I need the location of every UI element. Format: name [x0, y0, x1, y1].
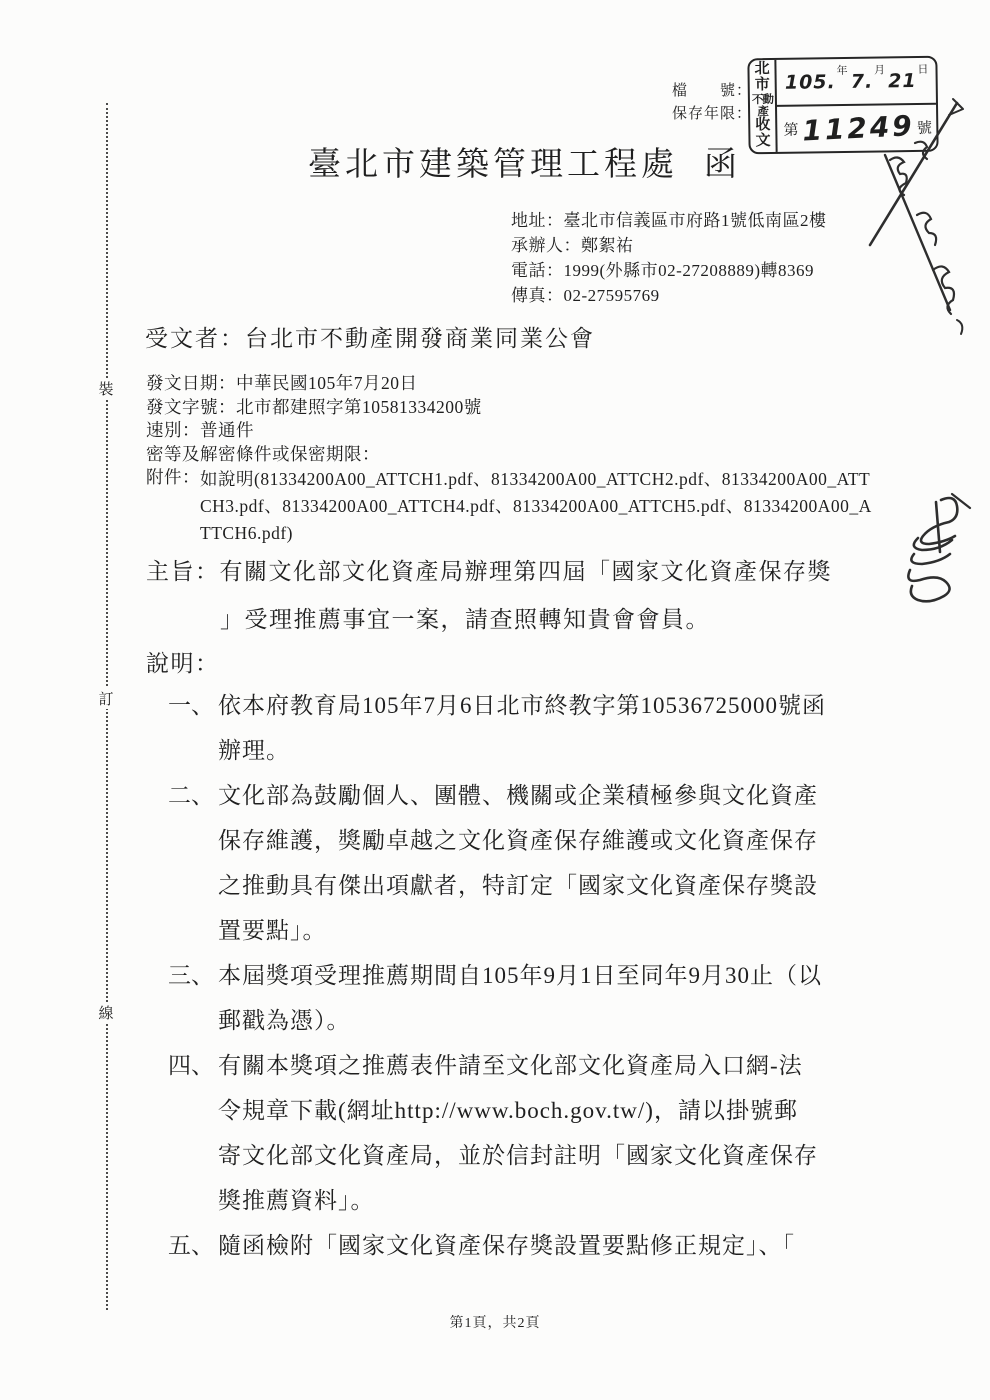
- attachment-line-1: 如說明(81334200A00_ATTCH1.pdf、81334200A00_A…: [200, 466, 872, 493]
- subject-line-2: 」受理推薦事宜一案，請查照轉知貴會會員。: [220, 601, 710, 634]
- doc-type-label: 函: [704, 138, 741, 185]
- stamp-org-column: 北市 不動產 收文: [749, 60, 777, 152]
- document-title: 臺北市建築管理工程處 函: [308, 138, 741, 185]
- security-line: 密等及解密條件或保密期限：: [146, 443, 872, 467]
- page-number-footer: 第1頁，共2頁: [0, 1312, 990, 1332]
- file-number-labels: 檔 號： 保存年限：: [672, 80, 752, 126]
- item-3-line-2: 郵戳為憑）。: [218, 998, 908, 1043]
- item-3: 三、 本屆獎項受理推薦期間自105年9月1日至同年9月30止（以 郵戳為憑）。: [168, 953, 908, 1043]
- item-1-line-1: 依本府教育局105年7月6日北市終教字第10536725000號函: [218, 683, 908, 728]
- item-4-line-2: 令規章下載(網址http://www.boch.gov.tw/)，請以掛號郵: [218, 1088, 908, 1133]
- attachment-row: 附件： 如說明(81334200A00_ATTCH1.pdf、81334200A…: [146, 466, 872, 547]
- item-1: 一、 依本府教育局105年7月6日北市終教字第10536725000號函 辦理。: [168, 683, 908, 773]
- address-line: 地址：臺北市信義區市府路1號低南區2樓: [511, 208, 827, 233]
- recipient-line: 受文者：台北市不動產開發商業同業公會: [145, 320, 595, 353]
- stamp-org-line3: 收文: [750, 118, 776, 150]
- file-no-label: 檔 號：: [672, 80, 752, 103]
- item-5-text: 隨函檢附「國家文化資產保存獎設置要點修正規定」、「: [218, 1223, 908, 1268]
- item-2-line-1: 文化部為鼓勵個人、團體、機關或企業積極參與文化資產: [218, 773, 908, 818]
- binding-mark-zhuang: 裝: [92, 378, 120, 399]
- item-4-line-4: 獎推薦資料」。: [218, 1178, 908, 1223]
- stamp-org-line1: 北市: [749, 62, 775, 94]
- item-4-text: 有關本獎項之推薦表件請至文化部文化資產局入口網-法 令規章下載(網址http:/…: [218, 1043, 908, 1223]
- item-3-line-1: 本屆獎項受理推薦期間自105年9月1日至同年9月30止（以: [218, 953, 908, 998]
- item-4-line-3: 寄文化部文化資產局，並於信封註明「國家文化資產保存: [218, 1133, 908, 1178]
- retention-label: 保存年限：: [672, 103, 752, 126]
- issue-date-line: 發文日期：中華民國105年7月20日: [146, 372, 872, 396]
- explanation-label: 說明：: [146, 645, 220, 678]
- contact-block: 地址：臺北市信義區市府路1號低南區2樓 承辦人：鄭絮祐 電話：1999(外縣市0…: [511, 208, 827, 308]
- stamp-no-prefix: 第: [783, 119, 798, 140]
- phone-line: 電話：1999(外縣市02-27208889)轉8369: [511, 258, 827, 283]
- stamp-org-line2: 不動產: [750, 94, 776, 118]
- stamp-year-value: 105.: [785, 71, 836, 94]
- item-5-number: 五、: [168, 1223, 218, 1268]
- contact-person-line: 承辦人：鄭絮祐: [511, 233, 827, 258]
- attachment-label: 附件：: [146, 466, 200, 547]
- seal-scribble: [896, 492, 976, 617]
- speed-line: 速別：普通件: [146, 419, 872, 443]
- meta-block: 發文日期：中華民國105年7月20日 發文字號：北市都建照字第105813342…: [146, 372, 872, 547]
- item-2-text: 文化部為鼓勵個人、團體、機關或企業積極參與文化資產 保存維護，獎勵卓越之文化資產…: [218, 773, 908, 953]
- attachment-line-3: TTCH6.pdf): [200, 520, 872, 547]
- stamp-day-unit: 日: [917, 61, 928, 77]
- item-4-number: 四、: [168, 1043, 218, 1223]
- item-2-number: 二、: [168, 773, 218, 953]
- doc-number-line: 發文字號：北市都建照字第10581334200號: [146, 396, 872, 420]
- item-1-number: 一、: [168, 683, 218, 773]
- stamp-year-unit: 年: [836, 62, 847, 78]
- item-2-line-4: 置要點」。: [218, 908, 908, 953]
- handwritten-annotation: [845, 85, 990, 355]
- item-5-line-1: 隨函檢附「國家文化資產保存獎設置要點修正規定」、「: [218, 1223, 908, 1268]
- item-2-line-2: 保存維護，獎勵卓越之文化資產保存維護或文化資產保存: [218, 818, 908, 863]
- item-2-line-3: 之推動具有傑出項獻者，特訂定「國家文化資產保存獎設: [218, 863, 908, 908]
- item-3-number: 三、: [168, 953, 218, 1043]
- fax-line: 傳真：02-27595769: [511, 283, 827, 308]
- item-4-line-1: 有關本獎項之推薦表件請至文化部文化資產局入口網-法: [218, 1043, 908, 1088]
- item-5: 五、 隨函檢附「國家文化資產保存獎設置要點修正規定」、「: [168, 1223, 908, 1268]
- item-1-line-2: 辦理。: [218, 728, 908, 773]
- item-4: 四、 有關本獎項之推薦表件請至文化部文化資產局入口網-法 令規章下載(網址htt…: [168, 1043, 908, 1223]
- issuing-org-name: 臺北市建築管理工程處: [308, 138, 678, 185]
- scanned-letter-page: 裝 訂 線 臺北市建築管理工程處 函 檔 號： 保存年限： 北市 不動產 收文 …: [0, 0, 990, 1400]
- binding-mark-xian: 線: [92, 1002, 120, 1023]
- item-1-text: 依本府教育局105年7月6日北市終教字第10536725000號函 辦理。: [218, 683, 908, 773]
- stamp-month-unit: 月: [874, 61, 885, 77]
- item-3-text: 本屆獎項受理推薦期間自105年9月1日至同年9月30止（以 郵戳為憑）。: [218, 953, 908, 1043]
- attachment-filenames: 如說明(81334200A00_ATTCH1.pdf、81334200A00_A…: [200, 466, 872, 547]
- binding-mark-ding: 訂: [92, 688, 120, 709]
- explanation-items: 一、 依本府教育局105年7月6日北市終教字第10536725000號函 辦理。…: [168, 683, 908, 1268]
- item-2: 二、 文化部為鼓勵個人、團體、機關或企業積極參與文化資產 保存維護，獎勵卓越之文…: [168, 773, 908, 953]
- subject-line-1: 主旨：有關文化部文化資產局辦理第四屆「國家文化資產保存獎: [146, 553, 832, 586]
- attachment-line-2: CH3.pdf、81334200A00_ATTCH4.pdf、81334200A…: [200, 493, 872, 520]
